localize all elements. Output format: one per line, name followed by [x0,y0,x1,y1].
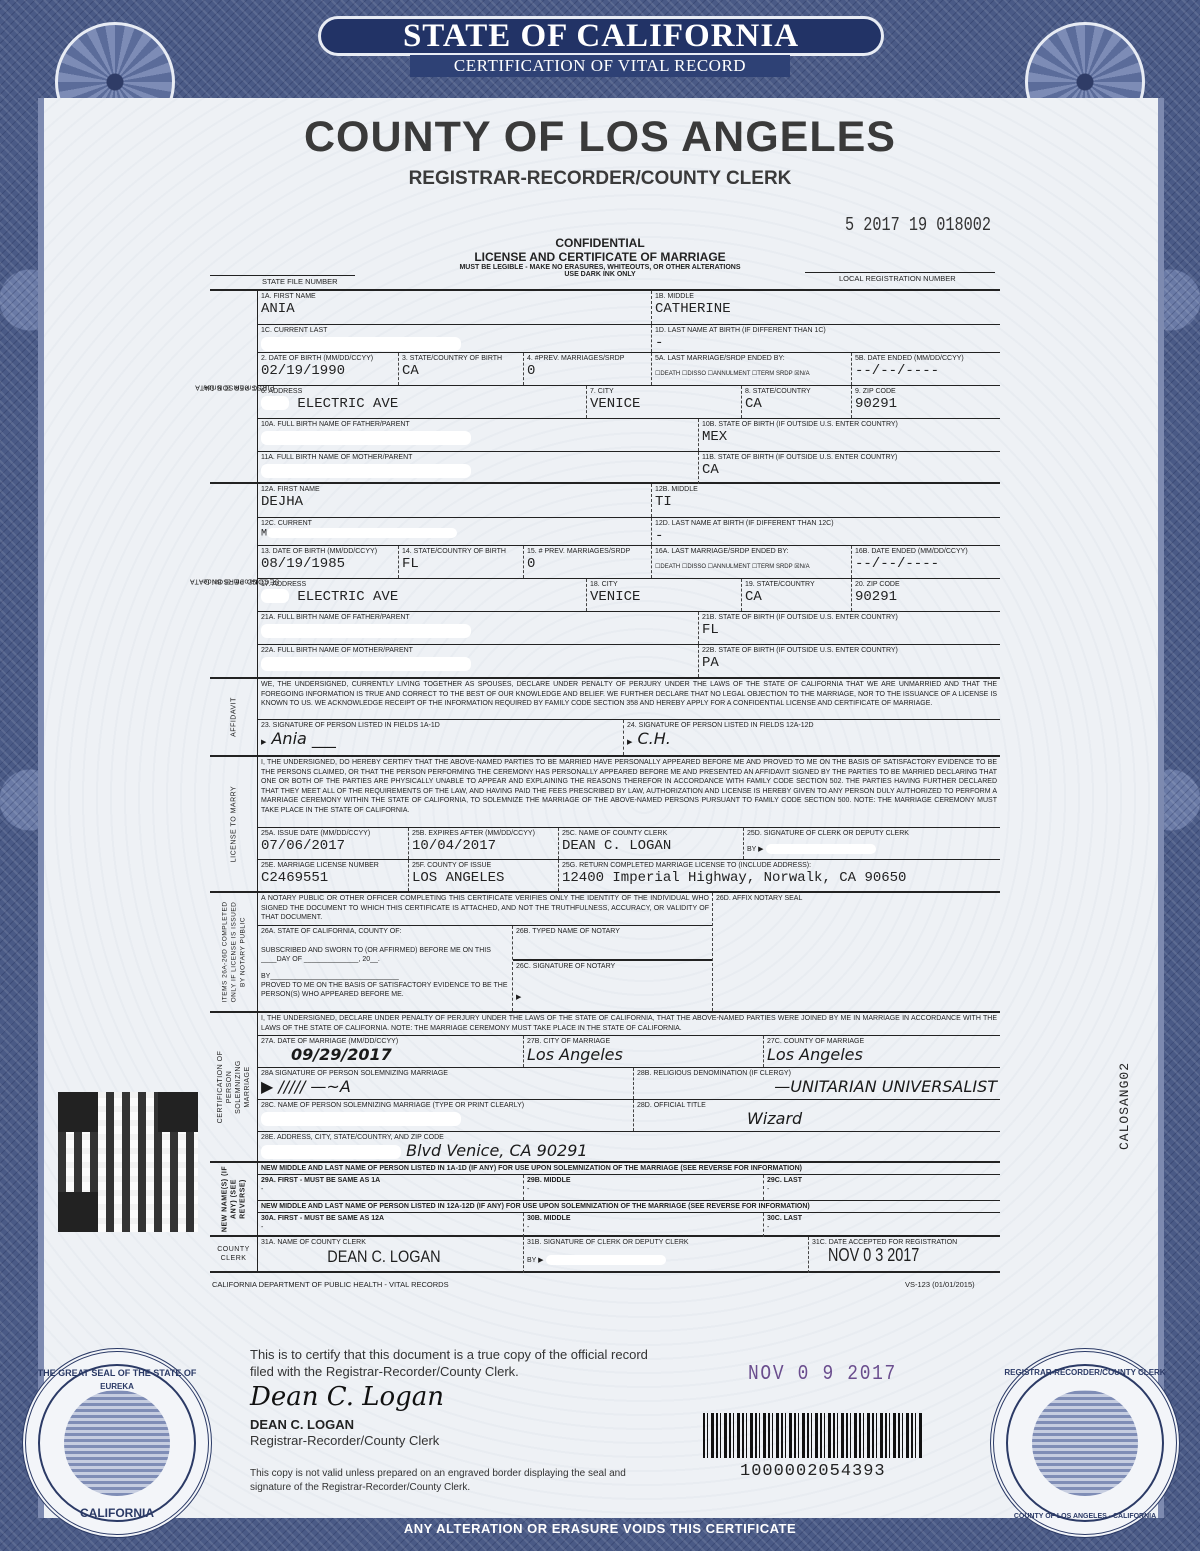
field-22a[interactable]: 22A. FULL BIRTH NAME OF MOTHER/PARENT [258,645,698,677]
label-25c: 25C. NAME OF COUNTY CLERK [562,829,740,838]
form-footer-right: VS-123 (01/01/2015) [905,1280,975,1289]
new-names-section: NEW NAME(S) (IF ANY) (SEE REVERSE) NEW M… [210,1161,1000,1235]
value-expires: 10/04/2017 [412,838,555,855]
label-26b: 26B. TYPED NAME OF NOTARY [516,927,709,936]
value-state: CA [745,589,848,606]
field-25b[interactable]: 25B. EXPIRES AFTER (MM/DD/CCYY)10/04/201… [408,828,558,859]
field-25e[interactable]: 25E. MARRIAGE LICENSE NUMBERC2469551 [258,860,408,891]
field-31a[interactable]: 31A. NAME OF COUNTY CLERKDEAN C. LOGAN [258,1237,523,1273]
label-1c: 1C. CURRENT LAST [261,326,648,335]
field-20[interactable]: 20. ZIP CODE90291 [851,579,1000,611]
last-marriage-checkboxes[interactable]: ☐DEATH ☐DISSO ☐ANNULMENT ☐TERM SRDP ☒N/A [655,563,848,570]
field-25g[interactable]: 25G. RETURN COMPLETED MARRIAGE LICENSE T… [558,860,1000,891]
field-26d[interactable]: 26D. AFFIX NOTARY SEAL [713,893,1000,1011]
field-2[interactable]: 2. DATE OF BIRTH (MM/DD/CCYY)02/19/1990 [258,353,398,385]
alteration-warning: ANY ALTERATION OR ERASURE VOIDS THIS CER… [0,1521,1200,1536]
field-15[interactable]: 15. # PREV. MARRIAGES/SRDP0 [523,546,651,578]
field-25d[interactable]: 25D. SIGNATURE OF CLERK OR DEPUTY CLERKB… [743,828,1000,859]
field-9[interactable]: 9. ZIP CODE90291 [851,386,1000,418]
field-28a[interactable]: 28A SIGNATURE OF PERSON SOLEMNIZING MARR… [258,1068,633,1099]
value-zip: 90291 [855,589,997,606]
state-seal-text-bottom: CALIFORNIA [26,1506,208,1520]
value-current-last: M [261,529,267,540]
label-31a: 31A. NAME OF COUNTY CLERK [261,1238,520,1247]
field-30c[interactable]: 30C. LAST- [763,1213,1000,1237]
field-26a[interactable]: 26A. STATE OF CALIFORNIA, COUNTY OF: SUB… [258,926,513,1011]
value-father-state: FL [702,622,997,639]
label-26d: 26D. AFFIX NOTARY SEAL [716,894,997,903]
label-25d: 25D. SIGNATURE OF CLERK OR DEPUTY CLERK [747,829,997,838]
field-16a[interactable]: 16A. LAST MARRIAGE/SRDP ENDED BY:☐DEATH … [651,546,851,578]
field-4[interactable]: 4. #PREV. MARRIAGES/SRDP0 [523,353,651,385]
state-banner: STATE OF CALIFORNIA [318,16,884,56]
last-marriage-checkboxes[interactable]: ☐DEATH ☐DISSO ☐ANNULMENT ☐TERM SRDP ☒N/A [655,370,848,377]
label-25g: 25G. RETURN COMPLETED MARRIAGE LICENSE T… [562,861,997,870]
label-8: 8. STATE/COUNTRY [745,387,848,396]
solemnization-section: CERTIFICATION OF PERSON SOLEMNIZING MARR… [210,1011,1000,1161]
signature-24[interactable]: 24. SIGNATURE OF PERSON LISTED IN FIELDS… [623,720,1000,755]
license-text: I, THE UNDERSIGNED, DO HEREBY CERTIFY TH… [258,757,1000,827]
field-27b[interactable]: 27B. CITY OF MARRIAGELos Angeles [523,1036,763,1067]
license-side: LICENSE TO MARRY [210,757,258,891]
label-4: 4. #PREV. MARRIAGES/SRDP [527,354,648,363]
label-10a: 10A. FULL BIRTH NAME OF FATHER/PARENT [261,420,695,429]
form-header: CONFIDENTIAL LICENSE AND CERTIFICATE OF … [400,236,800,278]
notary-section: ITEMS 26A-26D COMPLETED ONLY IF LICENSE … [210,891,1000,1011]
field-22b[interactable]: 22B. STATE OF BIRTH (IF OUTSIDE U.S. ENT… [698,645,1000,677]
instruction-legible: MUST BE LEGIBLE - MAKE NO ERASURES, WHIT… [400,264,800,271]
value-29b: - [527,1185,760,1194]
redacted-block [261,657,471,671]
label-2: 2. DATE OF BIRTH (MM/DD/CCYY) [261,354,395,363]
arrow-icon: ▶ [516,993,709,1002]
label-11b: 11B. STATE OF BIRTH (IF OUTSIDE U.S. ENT… [702,453,997,462]
value-state: CA [745,396,848,413]
value-county: LOS ANGELES [412,870,555,887]
field-28b[interactable]: 28B. RELIGIOUS DENOMINATION (IF CLERGY)—… [633,1068,1000,1099]
label-19: 19. STATE/COUNTRY [745,580,848,589]
solemnization-text: I, THE UNDERSIGNED, DECLARE UNDER PENALT… [258,1013,1000,1035]
field-30a[interactable]: 30A. FIRST - MUST BE SAME AS 12A- [258,1213,523,1237]
field-1c[interactable]: 1C. CURRENT LAST [258,325,651,352]
side-code: CALOSANG02 [1117,1062,1132,1150]
field-10a[interactable]: 10A. FULL BIRTH NAME OF FATHER/PARENT [258,419,698,451]
redacted-block [766,844,876,854]
marriage-form: ☐ Groom ☒ BrideFIRST PERSON DATA 1A. FIR… [210,289,1000,1273]
county-office: REGISTRAR-RECORDER/COUNTY CLERK [0,168,1200,190]
signature-23[interactable]: 23. SIGNATURE OF PERSON LISTED IN FIELDS… [258,720,623,755]
label-6: 6. ADDRESS [261,387,583,396]
label-12a: 12A. FIRST NAME [261,485,648,494]
barcode-icon [703,1413,923,1458]
local-registration-number: 5 2017 19 018002 [845,214,991,236]
new-names-header-1: NEW MIDDLE AND LAST NAME OF PERSON LISTE… [258,1163,1000,1175]
field-1a[interactable]: 1A. FIRST NAMEANIA [258,291,651,324]
value-zip: 90291 [855,396,997,413]
state-seal-icon: THE GREAT SEAL OF THE STATE OF EUREKA CA… [22,1348,212,1538]
value-return-address: 12400 Imperial Highway, Norwalk, CA 9065… [562,870,997,887]
value-issue-date: 07/06/2017 [261,838,405,855]
field-29a[interactable]: 29A. FIRST - MUST BE SAME AS 1A- [258,1175,523,1200]
label-5a: 5A. LAST MARRIAGE/SRDP ENDED BY: [655,354,848,363]
field-12a[interactable]: 12A. FIRST NAMEDEJHA [258,484,651,517]
label-1b: 1B. MIDDLE [655,292,997,301]
value-birth-last: - [655,335,997,352]
state-file-number-label: STATE FILE NUMBER [210,275,355,286]
field-25c[interactable]: 25C. NAME OF COUNTY CLERKDEAN C. LOGAN [558,828,743,859]
label-25a: 25A. ISSUE DATE (MM/DD/CCYY) [261,829,405,838]
label-25b: 25B. EXPIRES AFTER (MM/DD/CCYY) [412,829,555,838]
field-1b[interactable]: 1B. MIDDLECATHERINE [651,291,1000,324]
value-30b: - [527,1223,760,1232]
label-12c: 12C. CURRENT [261,519,648,528]
label-30c: 30C. LAST [767,1214,997,1223]
value-county-clerk: DEAN C. LOGAN [261,1247,481,1267]
field-28c[interactable]: 28C. NAME OF PERSON SOLEMNIZING MARRIAGE… [258,1100,633,1131]
field-29b[interactable]: 29B. MIDDLE- [523,1175,763,1200]
label-5b: 5B. DATE ENDED (MM/DD/CCYY) [855,354,997,363]
label-16a: 16A. LAST MARRIAGE/SRDP ENDED BY: [655,547,848,556]
arrow-icon: ▶ [261,738,266,746]
value-mother-state: PA [702,655,997,672]
redacted-block [261,464,471,478]
field-19[interactable]: 19. STATE/COUNTRYCA [741,579,851,611]
label-3: 3. STATE/COUNTRY OF BIRTH [402,354,520,363]
issue-date-stamp: NOV 0 9 2017 [748,1363,897,1386]
field-21a[interactable]: 21A. FULL BIRTH NAME OF FATHER/PARENT [258,612,698,644]
value-birth-state: FL [402,556,520,573]
value-mother-state: CA [702,462,997,479]
value-official-title: Wizard [637,1110,997,1128]
value-birth-last: - [655,528,997,545]
label-29c: 29C. LAST [767,1176,997,1185]
registrar-title: Registrar-Recorder/County Clerk [250,1433,439,1448]
affidavit-section: AFFIDAVIT WE, THE UNDERSIGNED, CURRENTLY… [210,677,1000,755]
field-1d[interactable]: 1D. LAST NAME AT BIRTH (IF DIFFERENT THA… [651,325,1000,352]
field-12d[interactable]: 12D. LAST NAME AT BIRTH (IF DIFFERENT TH… [651,518,1000,545]
county-seal-text-top: REGISTRAR-RECORDER/COUNTY CLERK [994,1368,1176,1377]
label-30a: 30A. FIRST - MUST BE SAME AS 12A [261,1214,520,1223]
value-first-name: DEJHA [261,494,648,511]
redacted-block [261,431,471,445]
county-seal-icon: REGISTRAR-RECORDER/COUNTY CLERK COUNTY O… [990,1348,1180,1538]
value-signature-24: C.H. [637,729,670,748]
label-20: 20. ZIP CODE [855,580,997,589]
field-6[interactable]: 6. ADDRESS ELECTRIC AVE [258,386,586,418]
value-address: ELECTRIC AVE [297,396,398,412]
solemnization-side: CERTIFICATION OF PERSON SOLEMNIZING MARR… [210,1013,258,1161]
redacted-block [261,1112,461,1126]
redacted-block [261,396,289,410]
redacted-block [261,1145,401,1159]
notary-text: A NOTARY PUBLIC OR OTHER OFFICER COMPLET… [258,893,712,926]
value-date-accepted: NOV 0 3 2017 [812,1247,960,1263]
label-28d: 28D. OFFICIAL TITLE [637,1101,997,1110]
field-11b[interactable]: 11B. STATE OF BIRTH (IF OUTSIDE U.S. ENT… [698,452,1000,484]
field-12c[interactable]: 12C. CURRENTM [258,518,651,545]
notary-label: ITEMS 26A-26D COMPLETED ONLY IF LICENSE … [220,897,247,1007]
new-names-header-2: NEW MIDDLE AND LAST NAME OF PERSON LISTE… [258,1200,1000,1213]
field-16b[interactable]: 16B. DATE ENDED (MM/DD/CCYY)--/--/---- [851,546,1000,578]
value-prev-marriages: 0 [527,363,648,380]
label-25f: 25F. COUNTY OF ISSUE [412,861,555,870]
field-12b[interactable]: 12B. MIDDLETI [651,484,1000,517]
value-address: ELECTRIC AVE [297,589,398,605]
value-middle: CATHERINE [655,301,997,318]
field-26c[interactable]: 26C. SIGNATURE OF NOTARY▶ [513,961,712,1003]
value-29c: - [767,1185,997,1194]
label-17: 17. ADDRESS [261,580,583,589]
value-signature-23: Ania ___ [271,729,335,748]
value-city: VENICE [590,589,738,606]
certification-banner: CERTIFICATION OF VITAL RECORD [410,55,790,77]
value-officiant-signature: ▶ ///// —~A [261,1078,630,1096]
new-names-label: NEW NAME(S) (IF ANY) (SEE REVERSE) [220,1164,247,1234]
second-person-side: ☐ Groom ☒ BrideSECOND PERSON DATA [210,484,258,677]
second-person-section: ☐ Groom ☒ BrideSECOND PERSON DATA 12A. F… [210,482,1000,677]
confidential-label: CONFIDENTIAL [400,236,800,250]
label-21a: 21A. FULL BIRTH NAME OF FATHER/PARENT [261,613,695,622]
redacted-block [261,589,289,603]
value-first-name: ANIA [261,301,648,318]
label-29a: 29A. FIRST - MUST BE SAME AS 1A [261,1176,520,1185]
field-27c[interactable]: 27C. COUNTY OF MARRIAGELos Angeles [763,1036,1000,1067]
affidavit-label: AFFIDAVIT [229,697,238,737]
value-clerk: DEAN C. LOGAN [562,838,740,855]
certification-text: This is to certify that this document is… [250,1346,660,1380]
value-date-ended: --/--/---- [855,363,997,380]
first-person-section: ☐ Groom ☒ BrideFIRST PERSON DATA 1A. FIR… [210,289,1000,482]
field-7[interactable]: 7. CITYVENICE [586,386,741,418]
label-26c: 26C. SIGNATURE OF NOTARY [516,962,709,971]
label-9: 9. ZIP CODE [855,387,997,396]
qr-code-icon [58,1092,198,1232]
value-birth-state: CA [402,363,520,380]
value-city: VENICE [590,396,738,413]
label-26a: 26A. STATE OF CALIFORNIA, COUNTY OF: [261,927,509,936]
barcode-number: 1000002054393 [740,1462,886,1481]
registrar-signature: Dean C. Logan [250,1382,444,1412]
label-1a: 1A. FIRST NAME [261,292,648,301]
label-24: 24. SIGNATURE OF PERSON LISTED IN FIELDS… [627,721,997,730]
county-clerk-section: COUNTY CLERK 31A. NAME OF COUNTY CLERKDE… [210,1235,1000,1273]
field-5b[interactable]: 5B. DATE ENDED (MM/DD/CCYY)--/--/---- [851,353,1000,385]
value-marriage-city: Los Angeles [527,1046,760,1064]
affidavit-side: AFFIDAVIT [210,679,258,755]
field-27a[interactable]: 27A. DATE OF MARRIAGE (MM/DD/CCYY)09/29/… [258,1036,523,1067]
value-marriage-county: Los Angeles [767,1046,997,1064]
redacted-block [261,337,461,351]
redacted-block [261,624,471,638]
field-11a[interactable]: 11A. FULL BIRTH NAME OF MOTHER/PARENT [258,452,698,484]
redacted-block [546,1255,666,1265]
label-25e: 25E. MARRIAGE LICENSE NUMBER [261,861,405,870]
label-16b: 16B. DATE ENDED (MM/DD/CCYY) [855,547,997,556]
field-31c[interactable]: 31C. DATE ACCEPTED FOR REGISTRATIONNOV 0… [808,1237,1000,1273]
county-seal-text-bottom: COUNTY OF LOS ANGELES - CALIFORNIA [994,1513,1176,1520]
value-father-state: MEX [702,429,997,446]
first-person-side: ☐ Groom ☒ BrideFIRST PERSON DATA [210,291,258,482]
field-17[interactable]: 17. ADDRESS ELECTRIC AVE [258,579,586,611]
field-10b[interactable]: 10B. STATE OF BIRTH (IF OUTSIDE U.S. ENT… [698,419,1000,451]
notary-by-line: BY_________________________________ [261,972,509,981]
affidavit-text: WE, THE UNDERSIGNED, CURRENTLY LIVING TO… [258,679,1000,719]
registrar-name: DEAN C. LOGAN [250,1417,354,1432]
value-dob: 02/19/1990 [261,363,395,380]
field-28d[interactable]: 28D. OFFICIAL TITLEWizard [633,1100,1000,1131]
field-21b[interactable]: 21B. STATE OF BIRTH (IF OUTSIDE U.S. ENT… [698,612,1000,644]
field-31b[interactable]: 31B. SIGNATURE OF CLERK OR DEPUTY CLERKB… [523,1237,808,1273]
value-marriage-date: 09/29/2017 [261,1046,520,1064]
label-7: 7. CITY [590,387,738,396]
county-clerk-side: COUNTY CLERK [210,1237,258,1271]
value-30c: - [767,1223,997,1232]
by-arrow: BY ▶ [527,1257,544,1264]
label-12d: 12D. LAST NAME AT BIRTH (IF DIFFERENT TH… [655,519,997,528]
arrow-icon: ▶ [627,738,632,746]
label-28c: 28C. NAME OF PERSON SOLEMNIZING MARRIAGE… [261,1101,630,1110]
value-middle: TI [655,494,997,511]
value-license-number: C2469551 [261,870,405,887]
label-1d: 1D. LAST NAME AT BIRTH (IF DIFFERENT THA… [655,326,997,335]
field-25f[interactable]: 25F. COUNTY OF ISSUELOS ANGELES [408,860,558,891]
county-clerk-label: COUNTY CLERK [214,1245,254,1263]
label-21b: 21B. STATE OF BIRTH (IF OUTSIDE U.S. ENT… [702,613,997,622]
field-13[interactable]: 13. DATE OF BIRTH (MM/DD/CCYY)08/19/1985 [258,546,398,578]
field-30b[interactable]: 30B. MIDDLE- [523,1213,763,1237]
label-30b: 30B. MIDDLE [527,1214,760,1223]
local-registration-label: LOCAL REGISTRATION NUMBER [805,272,995,283]
label-12b: 12B. MIDDLE [655,485,997,494]
field-29c[interactable]: 29C. LAST- [763,1175,1000,1200]
field-8[interactable]: 8. STATE/COUNTRYCA [741,386,851,418]
county-title: COUNTY OF LOS ANGELES [0,113,1200,162]
value-29a: - [261,1185,520,1194]
label-10b: 10B. STATE OF BIRTH (IF OUTSIDE U.S. ENT… [702,420,997,429]
value-30a: - [261,1223,520,1232]
value-officiant-address: Blvd Venice, CA 90291 [406,1141,587,1160]
value-dob: 08/19/1985 [261,556,395,573]
label-15: 15. # PREV. MARRIAGES/SRDP [527,547,648,556]
form-footer-left: CALIFORNIA DEPARTMENT OF PUBLIC HEALTH -… [212,1280,449,1289]
notary-sworn-text: SUBSCRIBED AND SWORN TO (OR AFFIRMED) BE… [261,946,509,964]
label-22b: 22B. STATE OF BIRTH (IF OUTSIDE U.S. ENT… [702,646,997,655]
value-date-ended: --/--/---- [855,556,997,573]
label-13: 13. DATE OF BIRTH (MM/DD/CCYY) [261,547,395,556]
field-28e[interactable]: 28E. ADDRESS, CITY, STATE/COUNTRY, AND Z… [258,1132,1000,1161]
license-label: LICENSE TO MARRY [229,786,238,862]
state-seal-motto: EUREKA [26,1382,208,1391]
value-prev-marriages: 0 [527,556,648,573]
notary-proved-text: PROVED TO ME ON THE BASIS OF SATISFACTOR… [261,981,509,999]
form-title: LICENSE AND CERTIFICATE OF MARRIAGE [400,250,800,264]
field-3[interactable]: 3. STATE/COUNTRY OF BIRTHCA [398,353,523,385]
solemnization-label: CERTIFICATION OF PERSON SOLEMNIZING MARR… [216,1047,252,1127]
label-29b: 29B. MIDDLE [527,1176,760,1185]
by-arrow: BY ▶ [747,846,764,853]
redacted-block [267,528,457,538]
label-22a: 22A. FULL BIRTH NAME OF MOTHER/PARENT [261,646,695,655]
notary-side: ITEMS 26A-26D COMPLETED ONLY IF LICENSE … [210,893,258,1011]
label-28e: 28E. ADDRESS, CITY, STATE/COUNTRY, AND Z… [261,1133,997,1142]
instruction-ink: USE DARK INK ONLY [400,271,800,278]
label-11a: 11A. FULL BIRTH NAME OF MOTHER/PARENT [261,453,695,462]
field-14[interactable]: 14. STATE/COUNTRY OF BIRTHFL [398,546,523,578]
field-26b[interactable]: 26B. TYPED NAME OF NOTARY [513,926,712,961]
new-names-side: NEW NAME(S) (IF ANY) (SEE REVERSE) [210,1163,258,1235]
value-denomination: —UNITARIAN UNIVERSALIST [637,1078,997,1096]
label-14: 14. STATE/COUNTRY OF BIRTH [402,547,520,556]
field-25a[interactable]: 25A. ISSUE DATE (MM/DD/CCYY)07/06/2017 [258,828,408,859]
label-31b: 31B. SIGNATURE OF CLERK OR DEPUTY CLERK [527,1238,805,1247]
field-5a[interactable]: 5A. LAST MARRIAGE/SRDP ENDED BY:☐DEATH ☐… [651,353,851,385]
field-18[interactable]: 18. CITYVENICE [586,579,741,611]
label-18: 18. CITY [590,580,738,589]
validity-note: This copy is not valid unless prepared o… [250,1467,630,1495]
state-seal-text-top: THE GREAT SEAL OF THE STATE OF [26,1368,208,1378]
license-section: LICENSE TO MARRY I, THE UNDERSIGNED, DO … [210,755,1000,891]
